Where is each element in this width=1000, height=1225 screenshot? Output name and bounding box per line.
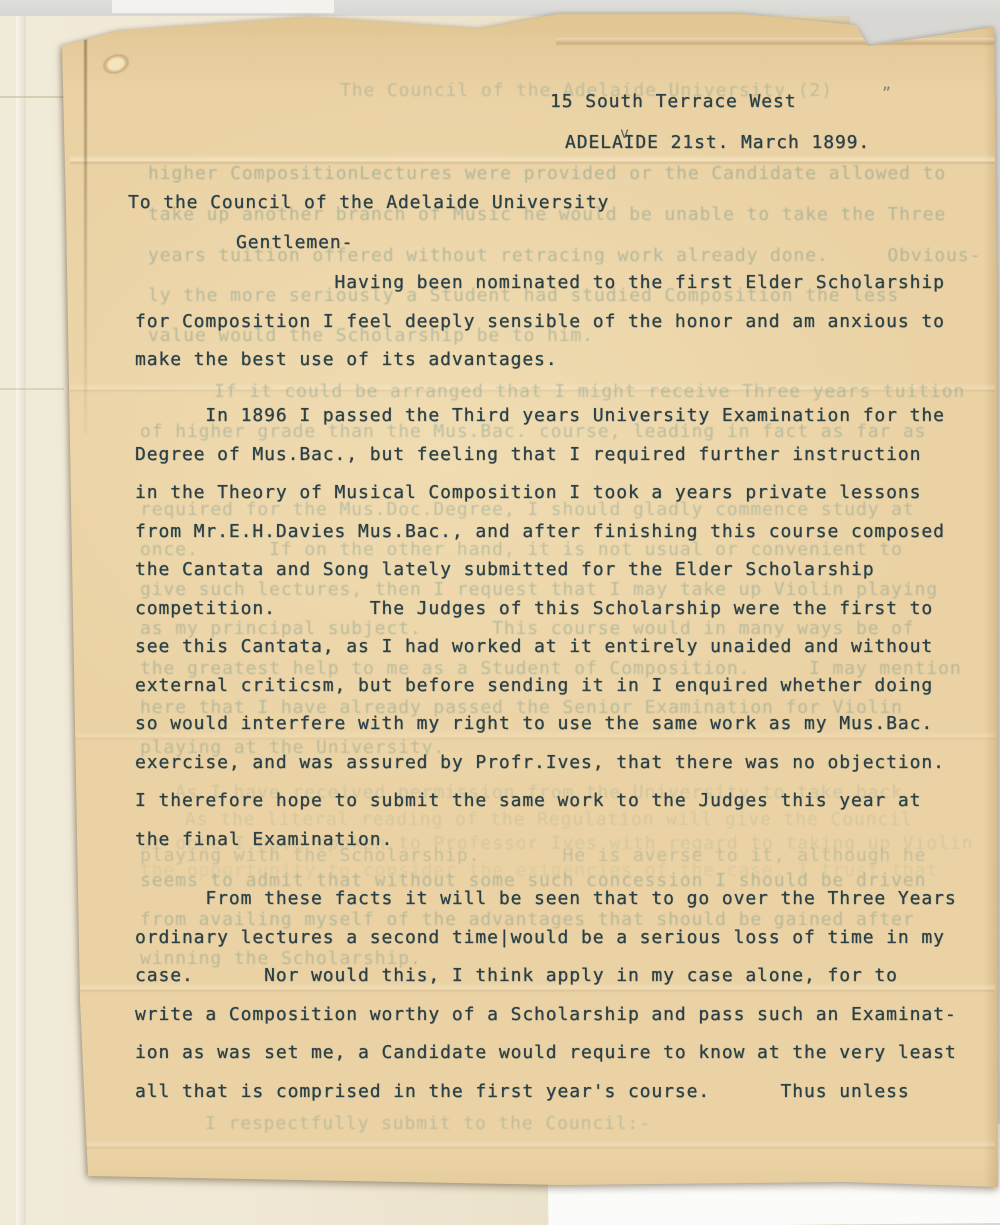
letter-page-wrap: The Council of the Adelaide University (… [0, 0, 1000, 1225]
stray-ink-mark: ” [882, 84, 891, 102]
stray-ink-mark: v [620, 124, 629, 142]
scanned-letter: The Council of the Adelaide University (… [0, 0, 1000, 1225]
stray-ink-marks-layer: v” [0, 0, 1000, 1225]
letter-page: The Council of the Adelaide University (… [0, 0, 1000, 1225]
